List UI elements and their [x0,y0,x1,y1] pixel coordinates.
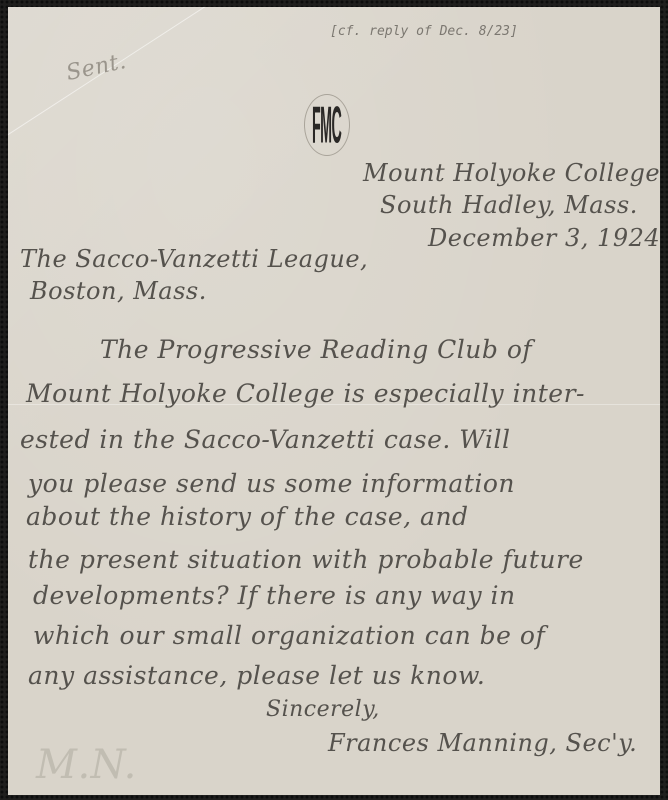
monogram-text: FMC [312,94,341,156]
body-line: you please send us some information [28,469,515,498]
body-line: the present situation with probable futu… [28,545,584,574]
header-institution: Mount Holyoke College [363,159,660,187]
sent-pencil-note: Sent. [64,49,128,86]
body-line: about the history of the case, and [26,502,469,531]
archival-reply-note: [cf. reply of Dec. 8/23] [330,24,518,39]
signature: Frances Manning, Sec'y. [328,729,637,757]
recipient-name: The Sacco-Vanzetti League, [20,245,368,273]
body-line: ested in the Sacco-Vanzetti case. Will [20,425,511,454]
header-date: December 3, 1924 [428,224,660,252]
body-line: developments? If there is any way in [33,581,516,610]
letter-paper: [cf. reply of Dec. 8/23] Sent. FMC Mount… [8,7,660,795]
body-line: Mount Holyoke College is especially inte… [26,379,585,408]
monogram-logo-icon: FMC [304,94,350,156]
faint-pencil-marks: M.N. [36,742,137,788]
body-line: The Progressive Reading Club of [100,335,532,364]
paper-fold-crease [8,7,232,148]
body-line: any assistance, please let us know. [28,661,485,690]
closing: Sincerely, [266,697,380,722]
header-location: South Hadley, Mass. [380,191,638,219]
recipient-location: Boston, Mass. [30,277,207,305]
body-line: which our small organization can be of [33,621,545,650]
